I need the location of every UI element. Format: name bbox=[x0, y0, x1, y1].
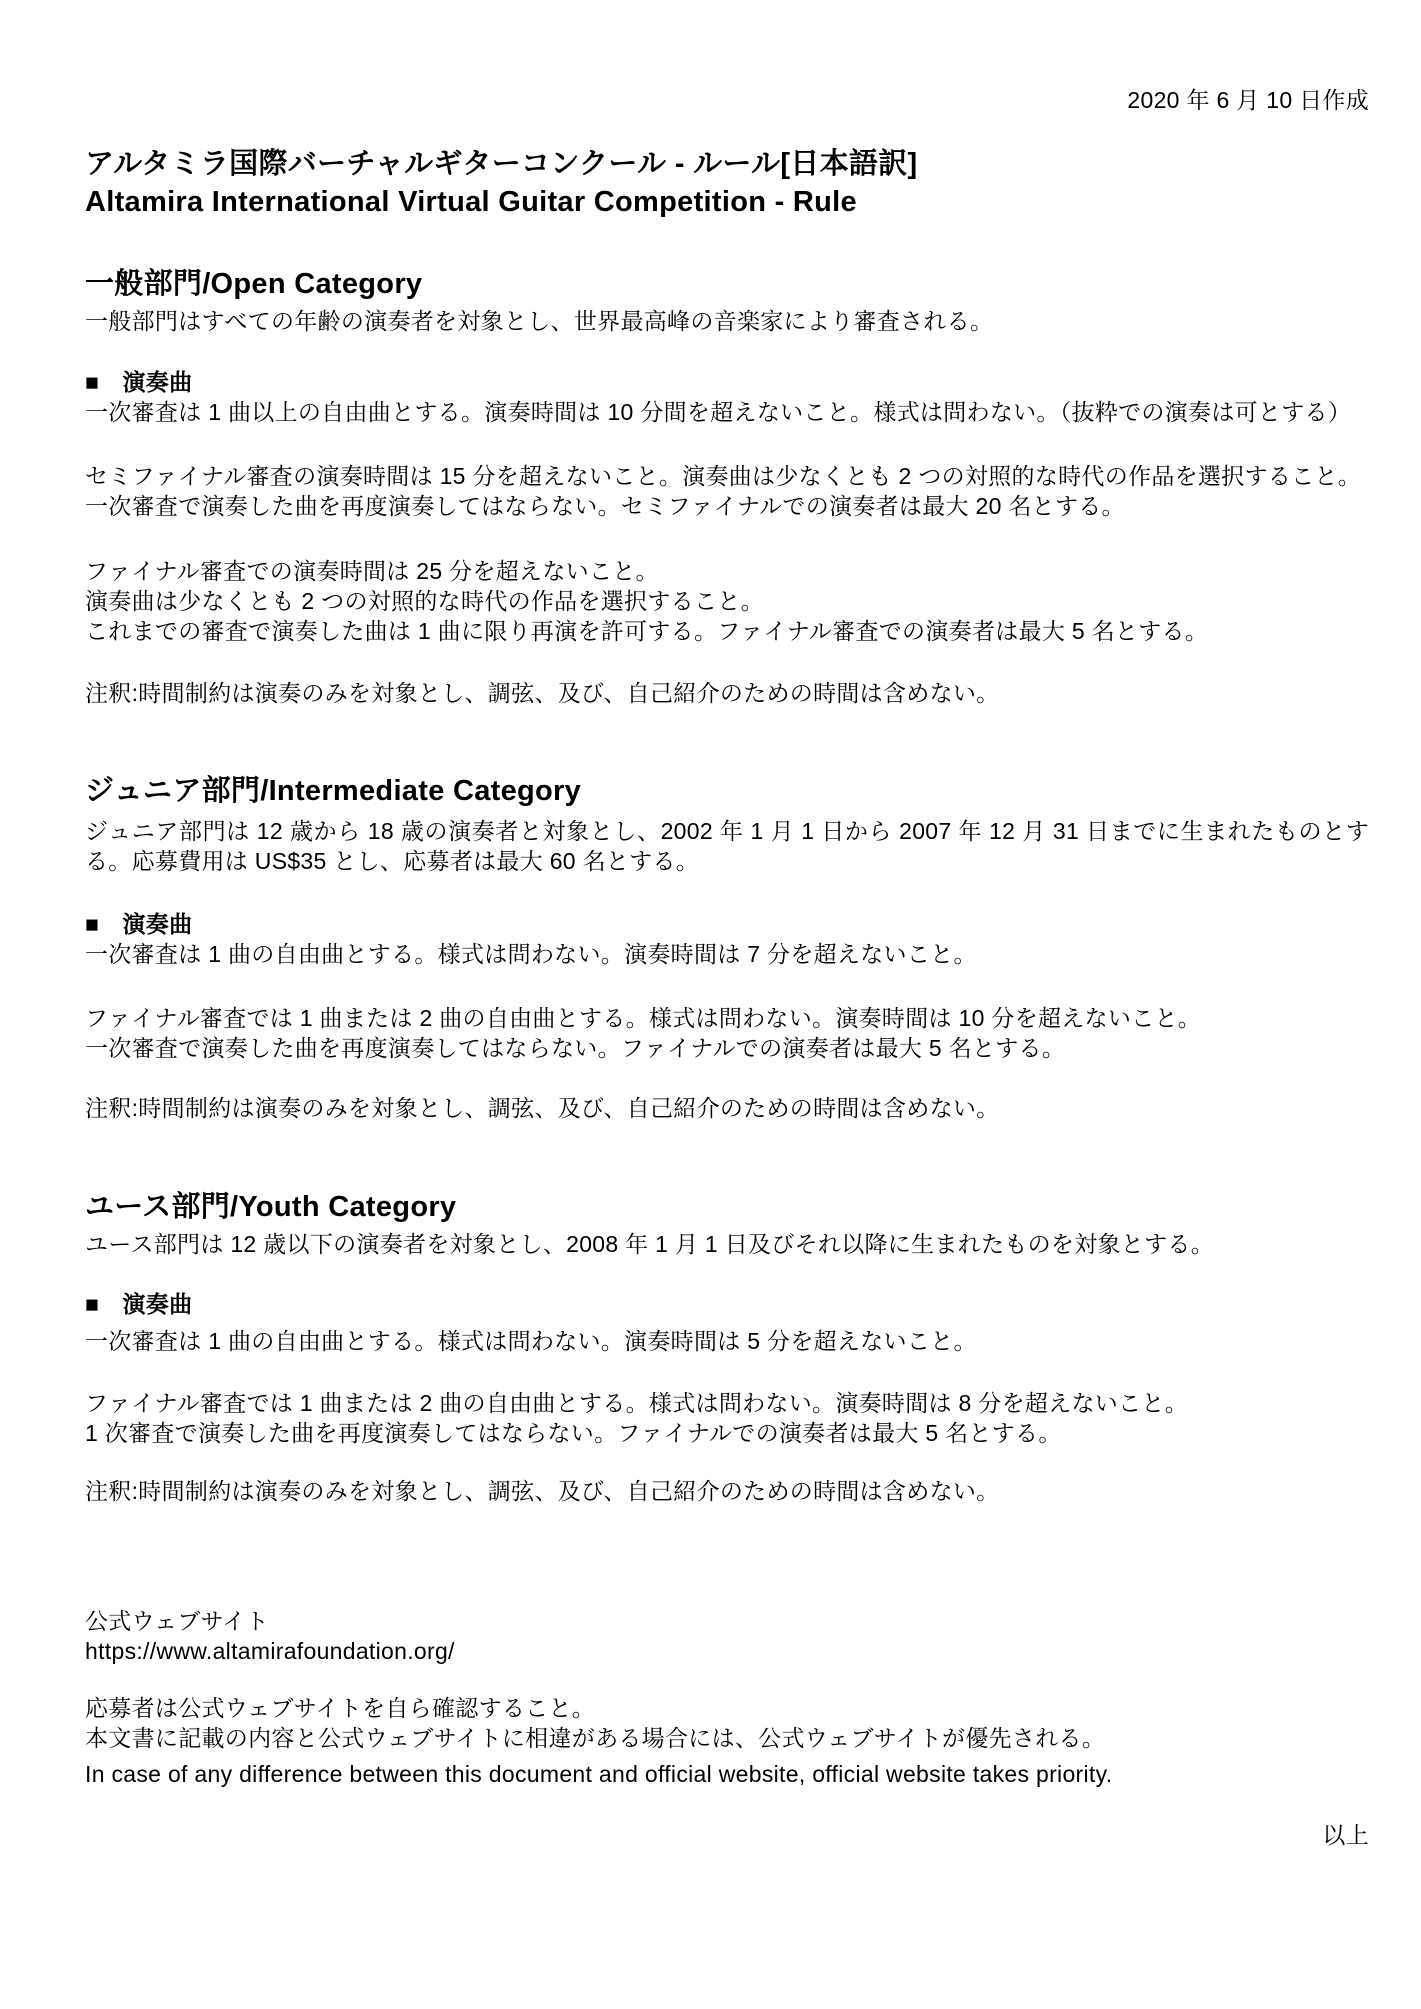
website-priority-notice-en: In case of any difference between this d… bbox=[85, 1759, 1369, 1789]
website-priority-notice: 応募者は公式ウェブサイトを自ら確認すること。 本文書に記載の内容と公式ウェブサイ… bbox=[85, 1693, 1369, 1753]
intermediate-first-round-rule: 一次審査は 1 曲の自由曲とする。様式は問わない。演奏時間は 7 分を超えないこ… bbox=[85, 939, 1369, 969]
intermediate-final-rule-1: ファイナル審査では 1 曲または 2 曲の自由曲とする。様式は問わない。演奏時間… bbox=[85, 1003, 1369, 1033]
intermediate-final-rule-2: 一次審査で演奏した曲を再度演奏してはならない。ファイナルでの演奏者は最大 5 名… bbox=[85, 1033, 1369, 1063]
youth-category-intro: ユース部門は 12 歳以下の演奏者を対象とし、2008 年 1 月 1 日及びそ… bbox=[85, 1229, 1369, 1259]
document-title-en: Altamira International Virtual Guitar Co… bbox=[85, 183, 1369, 221]
open-pieces-label: ■ 演奏曲 bbox=[85, 367, 1369, 397]
document-page: 2020 年 6 月 10 日作成 アルタミラ国際バーチャルギターコンクール -… bbox=[0, 0, 1421, 2009]
youth-final-rule-1: ファイナル審査では 1 曲または 2 曲の自由曲とする。様式は問わない。演奏時間… bbox=[85, 1388, 1369, 1418]
open-final-rule-1: ファイナル審査での演奏時間は 25 分を超えないこと。 bbox=[85, 556, 1369, 586]
doc-created-date: 2020 年 6 月 10 日作成 bbox=[85, 85, 1369, 115]
official-website-url: https://www.altamirafoundation.org/ bbox=[85, 1636, 1369, 1666]
open-category-intro: 一般部門はすべての年齢の演奏者を対象とし、世界最高峰の音楽家により審査される。 bbox=[85, 306, 1369, 336]
website-check-line-2: 本文書に記載の内容と公式ウェブサイトに相違がある場合には、公式ウェブサイトが優先… bbox=[85, 1723, 1369, 1753]
open-final-rules: ファイナル審査での演奏時間は 25 分を超えないこと。 演奏曲は少なくとも 2 … bbox=[85, 556, 1369, 646]
section-heading-intermediate-category: ジュニア部門/Intermediate Category bbox=[85, 771, 1369, 811]
open-final-rule-2: 演奏曲は少なくとも 2 つの対照的な時代の作品を選択すること。 bbox=[85, 586, 1369, 616]
open-semifinal-rules: セミファイナル審査の演奏時間は 15 分を超えないこと。演奏曲は少なくとも 2 … bbox=[85, 461, 1369, 521]
intermediate-note: 注釈:時間制約は演奏のみを対象とし、調弦、及び、自己紹介のための時間は含めない。 bbox=[85, 1093, 1369, 1123]
open-semifinal-rule-2: 一次審査で演奏した曲を再度演奏してはならない。セミファイナルでの演奏者は最大 2… bbox=[85, 491, 1369, 521]
youth-note: 注釈:時間制約は演奏のみを対象とし、調弦、及び、自己紹介のための時間は含めない。 bbox=[85, 1476, 1369, 1506]
section-heading-open-category: 一般部門/Open Category bbox=[85, 264, 1369, 304]
document-title-ja: アルタミラ国際バーチャルギターコンクール - ルール[日本語訳] bbox=[85, 145, 1369, 183]
website-check-line-1: 応募者は公式ウェブサイトを自ら確認すること。 bbox=[85, 1693, 1369, 1723]
intermediate-final-rules: ファイナル審査では 1 曲または 2 曲の自由曲とする。様式は問わない。演奏時間… bbox=[85, 1003, 1369, 1063]
open-semifinal-rule-1: セミファイナル審査の演奏時間は 15 分を超えないこと。演奏曲は少なくとも 2 … bbox=[85, 461, 1369, 491]
youth-pieces-label: ■ 演奏曲 bbox=[85, 1289, 1369, 1319]
open-first-round-rule: 一次審査は 1 曲以上の自由曲とする。演奏時間は 10 分間を超えないこと。様式… bbox=[85, 397, 1369, 427]
closing-text: 以上 bbox=[85, 1820, 1369, 1850]
youth-final-rules: ファイナル審査では 1 曲または 2 曲の自由曲とする。様式は問わない。演奏時間… bbox=[85, 1388, 1369, 1448]
intermediate-pieces-label: ■ 演奏曲 bbox=[85, 909, 1369, 939]
youth-first-round-rule: 一次審査は 1 曲の自由曲とする。様式は問わない。演奏時間は 5 分を超えないこ… bbox=[85, 1326, 1369, 1356]
open-final-rule-3: これまでの審査で演奏した曲は 1 曲に限り再演を許可する。ファイナル審査での演奏… bbox=[85, 616, 1369, 646]
official-website-label: 公式ウェブサイト bbox=[85, 1606, 1369, 1636]
intermediate-category-intro: ジュニア部門は 12 歳から 18 歳の演奏者と対象とし、2002 年 1 月 … bbox=[85, 816, 1369, 876]
section-heading-youth-category: ユース部門/Youth Category bbox=[85, 1187, 1369, 1227]
open-note: 注釈:時間制約は演奏のみを対象とし、調弦、及び、自己紹介のための時間は含めない。 bbox=[85, 678, 1369, 708]
youth-final-rule-2: 1 次審査で演奏した曲を再度演奏してはならない。ファイナルでの演奏者は最大 5 … bbox=[85, 1418, 1369, 1448]
